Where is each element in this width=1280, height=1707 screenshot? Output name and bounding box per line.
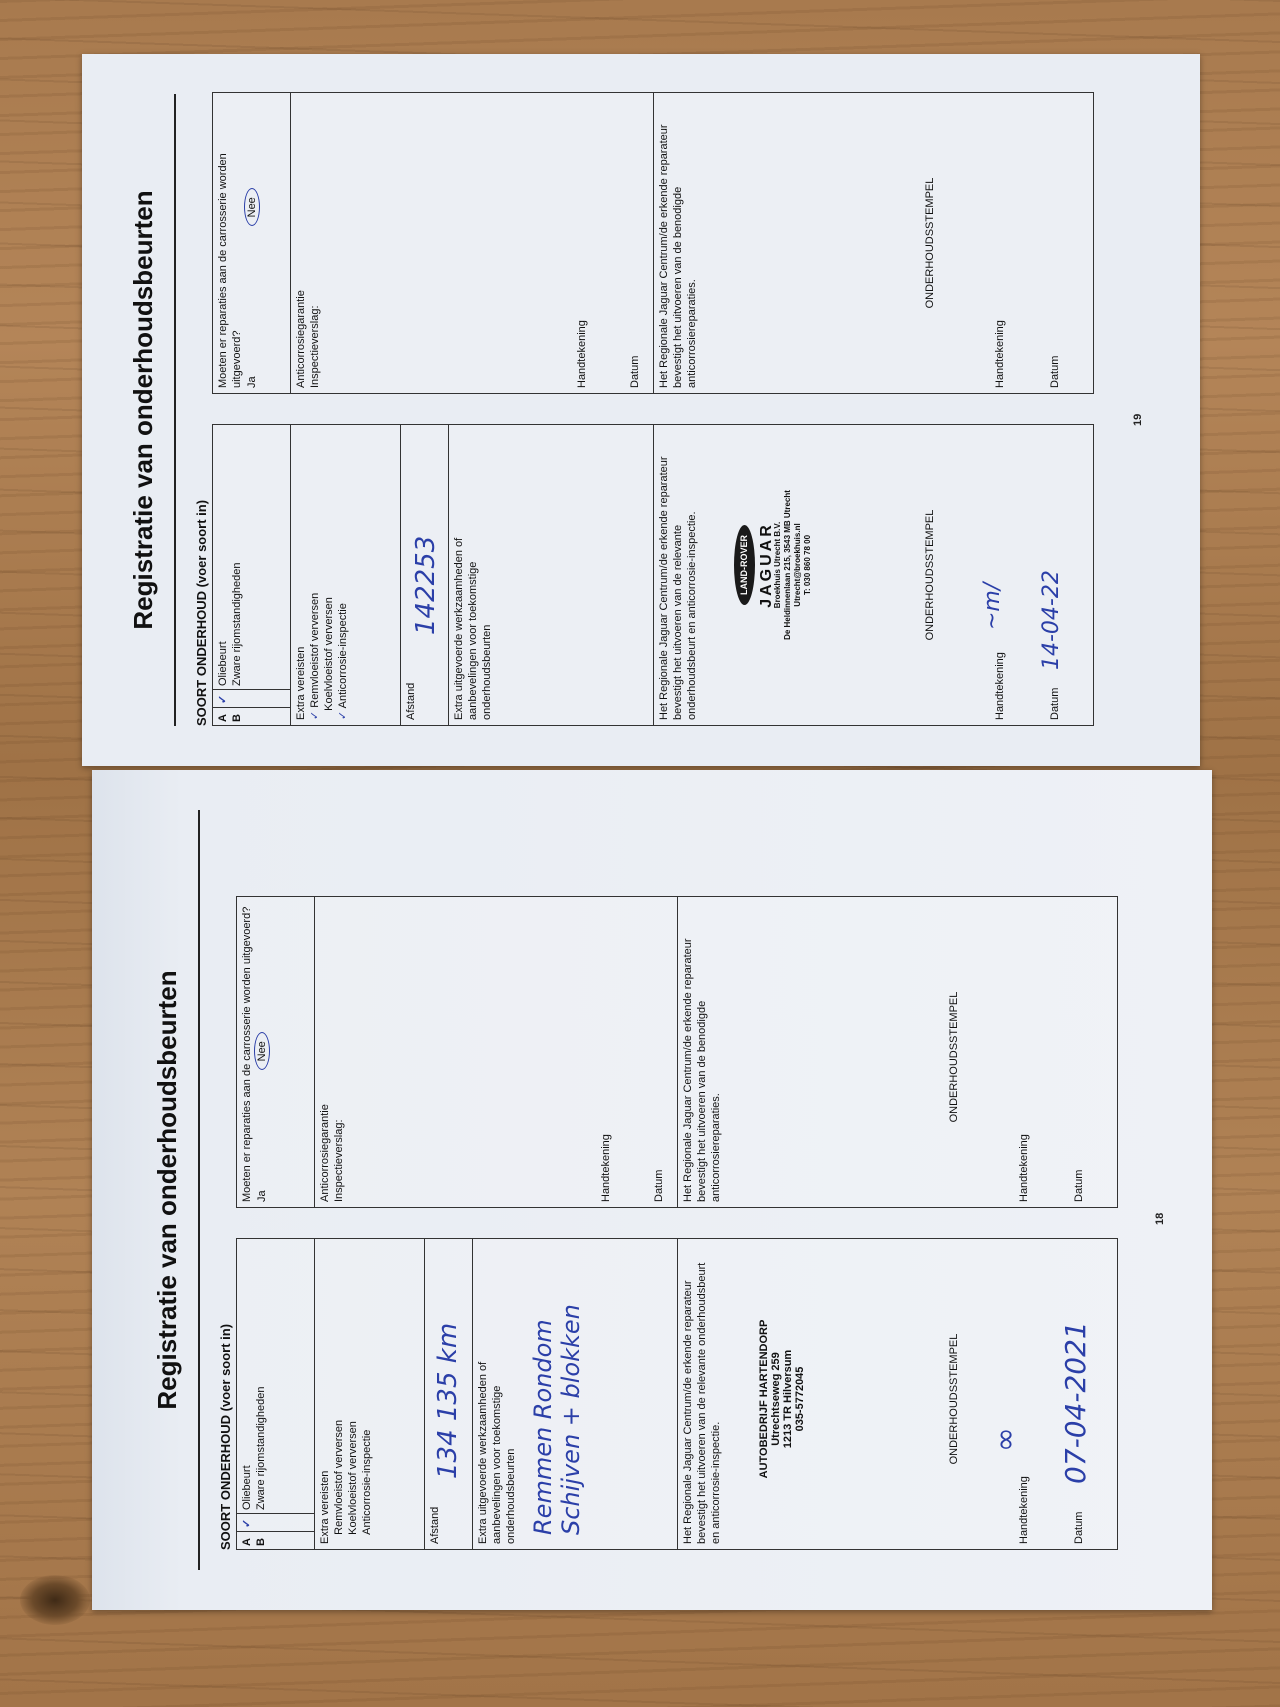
distance-value: 134 135 km — [433, 1323, 463, 1479]
repairs-answer-row[interactable]: JaNee — [244, 98, 260, 388]
date-value: 14-04-22 — [1039, 570, 1064, 670]
repair-date-label-2[interactable]: Datum — [1073, 1170, 1085, 1202]
signature-field[interactable]: Handtekening ∞ — [1018, 1476, 1030, 1544]
page-title: Registratie van onderhoudsbeurten — [152, 770, 183, 1610]
repair-signature-label-2[interactable]: Handtekening — [994, 320, 1006, 388]
repairs-form: Moeten er reparaties aan de carrosserie … — [212, 92, 1094, 394]
type-checkboxes[interactable]: ✓ — [237, 1513, 314, 1531]
wood-knot — [20, 1575, 90, 1625]
distance-value: 142253 — [411, 536, 441, 635]
req-brake-fluid[interactable]: Remvloeistof verversen — [332, 1244, 346, 1544]
checkmark-icon: ✓ — [309, 708, 321, 720]
page-19: Registratie van onderhoudsbeurten SOORT … — [82, 54, 1200, 766]
repairs-no-circled[interactable]: Nee — [254, 1032, 270, 1070]
repairs-form: Moeten er reparaties aan de carrosserie … — [236, 896, 1118, 1208]
repair-date-label[interactable]: Datum — [653, 1170, 665, 1202]
date-field[interactable]: Datum 14-04-22 — [1049, 688, 1061, 720]
signature-field[interactable]: Handtekening ~m/ — [994, 652, 1006, 720]
page-18: Registratie van onderhoudsbeurten SOORT … — [92, 770, 1212, 1610]
service-type-heading: SOORT ONDERHOUD (voer soort in) — [218, 1324, 233, 1550]
extra-requirements: Extra vereisten ✓ Remvloeistof verversen… — [291, 425, 401, 725]
checkmark-icon: ✓ — [216, 693, 230, 704]
page-title: Registratie van onderhoudsbeurten — [128, 54, 159, 766]
dealer-stamp: AUTOBEDRIJF HARTENDORP Utrechtseweg 259 … — [758, 1279, 806, 1519]
req-anticorrosion[interactable]: ✓ Anticorrosie-inspectie — [336, 430, 350, 720]
req-coolant[interactable]: Koelvloeistof verversen — [346, 1244, 360, 1544]
page-number: 19 — [1132, 414, 1144, 426]
repair-signature-label-2[interactable]: Handtekening — [1018, 1134, 1030, 1202]
repair-certification-box: Het Regionale Jaguar Centrum/de erkende … — [678, 897, 1115, 1207]
type-labels: Oliebeurt Zware rijomstandigheden — [237, 1239, 314, 1513]
distance-field[interactable]: Afstand 134 135 km — [425, 1239, 473, 1549]
type-codes: A B — [237, 1531, 314, 1549]
repair-date-label-2[interactable]: Datum — [1049, 356, 1061, 388]
repair-signature-label[interactable]: Handtekening — [576, 320, 588, 388]
distance-field[interactable]: Afstand 142253 — [401, 425, 449, 725]
signature-scribble: ∞ — [988, 1427, 1023, 1452]
title-rule — [174, 94, 176, 726]
req-brake-fluid[interactable]: ✓ Remvloeistof verversen — [308, 430, 322, 720]
page-number: 18 — [1154, 1213, 1166, 1225]
service-form: A B ✓ Oliebeurt Zware rijomstandigheden … — [212, 424, 1094, 726]
jaguar-logo: JAGUAR — [761, 465, 773, 665]
certification-box: Het Regionale Jaguar Centrum/de erkende … — [654, 425, 1091, 725]
service-form: A B ✓ Oliebeurt Zware rijomstandigheden … — [236, 1238, 1118, 1550]
repairs-no-circled[interactable]: Nee — [244, 188, 260, 226]
extra-work-field[interactable]: Extra uitgevoerde werkzaamheden of aanbe… — [473, 1239, 678, 1549]
signature-scribble: ~m/ — [980, 583, 1005, 630]
date-field[interactable]: Datum 07-04-2021 — [1073, 1512, 1085, 1544]
stamp-label: ONDERHOUDSSTEMPEL — [924, 495, 936, 655]
type-codes: A B — [213, 707, 290, 725]
extra-work-value: Remmen Rondom Schijven + blokken — [529, 1245, 585, 1535]
land-rover-logo: LAND-ROVER — [734, 525, 755, 605]
checkmark-icon: ✓ — [337, 708, 349, 720]
service-type-box: A B ✓ Oliebeurt Zware rijomstandigheden — [213, 425, 291, 725]
repair-signature-label[interactable]: Handtekening — [600, 1134, 612, 1202]
title-rule — [198, 810, 200, 1570]
date-value: 07-04-2021 — [1059, 1321, 1092, 1484]
checkmark-icon: ✓ — [240, 1517, 254, 1528]
type-checkboxes[interactable]: ✓ — [213, 689, 290, 707]
req-coolant[interactable]: Koelvloeistof verversen — [322, 430, 336, 720]
dealer-stamp: LAND-ROVER JAGUAR Broekhuis Utrecht B.V.… — [734, 465, 813, 665]
service-type-heading: SOORT ONDERHOUD (voer soort in) — [194, 500, 209, 726]
extra-requirements: Extra vereisten Remvloeistof verversen K… — [315, 1239, 425, 1549]
stamp-label: ONDERHOUDSSTEMPEL — [948, 1319, 960, 1479]
extra-work-field[interactable]: Extra uitgevoerde werkzaamheden of aanbe… — [449, 425, 654, 725]
repairs-answer-row[interactable]: JaNee — [254, 902, 270, 1202]
type-labels: Oliebeurt Zware rijomstandigheden — [213, 425, 290, 689]
repair-certification-box: Het Regionale Jaguar Centrum/de erkende … — [654, 93, 1091, 393]
anticorrosion-box: Anticorrosiegarantie Inspectieverslag: H… — [291, 93, 654, 393]
repair-date-label[interactable]: Datum — [629, 356, 641, 388]
repairs-question: Moeten er reparaties aan de carrosserie … — [237, 897, 315, 1207]
service-type-box: A B ✓ Oliebeurt Zware rijomstandigheden — [237, 1239, 315, 1549]
certification-box: Het Regionale Jaguar Centrum/de erkende … — [678, 1239, 1115, 1549]
anticorrosion-box: Anticorrosiegarantie Inspectieverslag: H… — [315, 897, 678, 1207]
req-anticorrosion[interactable]: Anticorrosie-inspectie — [360, 1244, 374, 1544]
repairs-question: Moeten er reparaties aan de carrosserie … — [213, 93, 291, 393]
